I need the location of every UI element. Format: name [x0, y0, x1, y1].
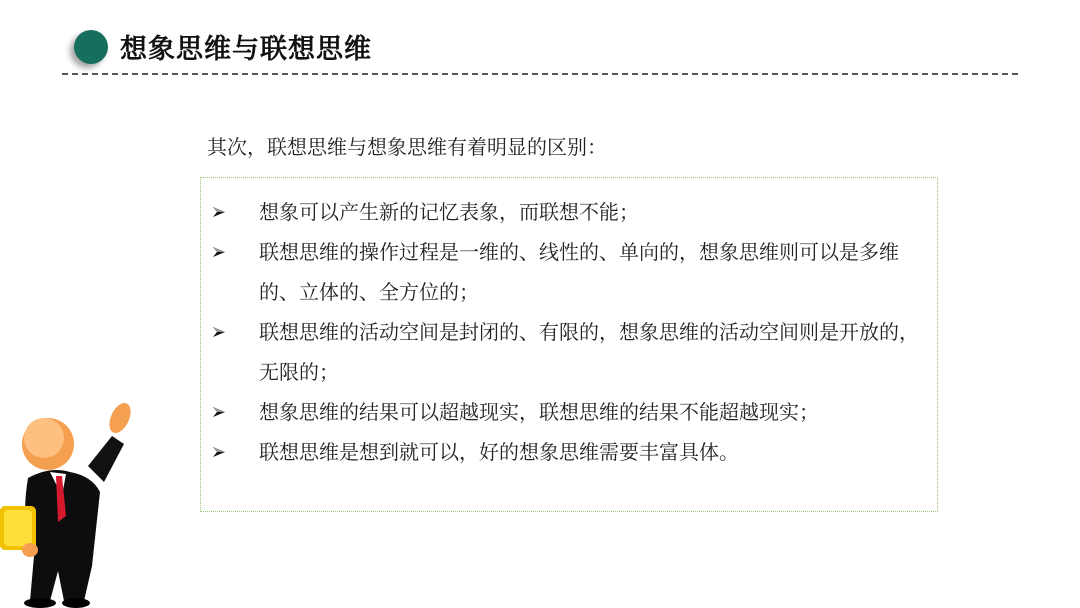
list-item: 联想思维的操作过程是一维的、线性的、单向的，想象思维则可以是多维的、立体的、全方…	[201, 232, 919, 312]
title-dot-icon	[74, 30, 108, 64]
list-item: 想象思维的结果可以超越现实，联想思维的结果不能超越现实；	[201, 392, 919, 432]
intro-text: 其次，联想思维与想象思维有着明显的区别：	[207, 132, 607, 162]
content-box: 想象可以产生新的记忆表象，而联想不能； 联想思维的操作过程是一维的、线性的、单向…	[200, 177, 938, 512]
bullet-text: 想象思维的结果可以超越现实，联想思维的结果不能超越现实；	[259, 400, 819, 424]
bullet-text: 联想思维是想到就可以，好的想象思维需要丰富具体。	[259, 440, 739, 464]
bullet-text: 联想思维的操作过程是一维的、线性的、单向的，想象思维则可以是多维的、立体的、全方…	[259, 240, 899, 304]
arrow-bullet-icon	[209, 192, 229, 232]
bullet-text: 想象可以产生新的记忆表象，而联想不能；	[259, 200, 639, 224]
title-divider	[62, 73, 1018, 75]
businessman-illustration-icon	[0, 396, 140, 608]
list-item: 联想思维是想到就可以，好的想象思维需要丰富具体。	[201, 432, 919, 472]
list-item: 联想思维的活动空间是封闭的、有限的，想象思维的活动空间则是开放的，无限的；	[201, 312, 919, 392]
bullet-list: 想象可以产生新的记忆表象，而联想不能； 联想思维的操作过程是一维的、线性的、单向…	[201, 192, 937, 472]
list-item: 想象可以产生新的记忆表象，而联想不能；	[201, 192, 919, 232]
arrow-bullet-icon	[209, 232, 229, 272]
arrow-bullet-icon	[209, 312, 229, 352]
bullet-text: 联想思维的活动空间是封闭的、有限的，想象思维的活动空间则是开放的，无限的；	[259, 320, 919, 384]
arrow-bullet-icon	[209, 392, 229, 432]
slide-title: 想象思维与联想思维	[120, 30, 372, 70]
arrow-bullet-icon	[209, 432, 229, 472]
